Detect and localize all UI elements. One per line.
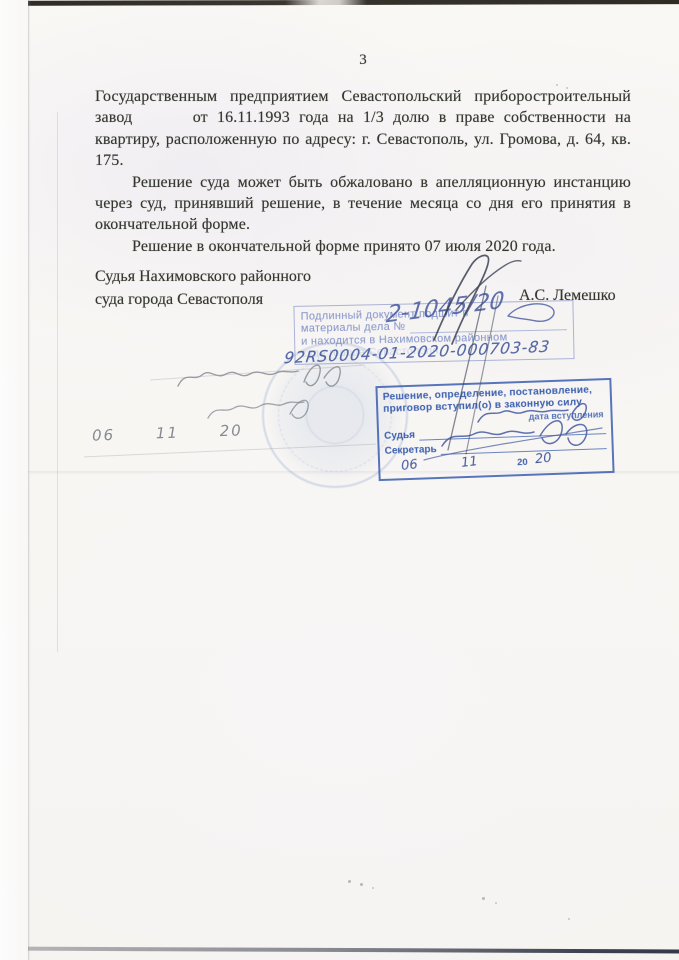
- line2-start: завод: [95, 109, 132, 126]
- speck: [556, 84, 558, 86]
- date-year: 20: [219, 421, 243, 440]
- body-text: Государственным предприятием Севастополь…: [95, 86, 631, 257]
- signoff-line1: Судья Нахимовского районного: [95, 266, 311, 289]
- date-day: 06: [92, 426, 116, 445]
- date-month: 11: [156, 424, 180, 443]
- paragraph1-line1: Государственным предприятием Севастополь…: [95, 86, 631, 107]
- speck: [568, 918, 570, 920]
- judge-signature-main: [398, 252, 528, 467]
- paragraph1-line3: квартиру, расположенную по адресу: г. Се…: [95, 129, 631, 150]
- paragraph2-line2: через суд, принявший решение, в течение …: [95, 193, 631, 214]
- paragraph1-line4: 175.: [95, 150, 631, 171]
- fold-crease-thin: [57, 112, 58, 652]
- line2-end: от 16.11.1993 года на 1/3 долю в праве с…: [193, 109, 631, 126]
- signoff-block: Судья Нахимовского районного суда города…: [95, 266, 311, 311]
- page-fold-strip: [0, 0, 28, 960]
- page-number: 3: [95, 52, 631, 69]
- speck: [372, 887, 374, 889]
- scan-top-edge: [0, 0, 679, 6]
- speck: [566, 87, 568, 89]
- fold-crease-vertical: [28, 0, 31, 960]
- speck: [482, 897, 485, 900]
- scan-bottom-edge: [0, 946, 679, 953]
- handwritten-date-left: 06 11 20: [92, 421, 243, 444]
- signoff-line2: суда города Севастополя: [95, 289, 311, 312]
- speck: [495, 902, 497, 904]
- speck: [348, 880, 351, 883]
- paragraph2-line3: окончательной форме.: [95, 214, 631, 235]
- paragraph2-line1: Решение суда может быть обжаловано в апе…: [95, 172, 631, 193]
- speck: [360, 883, 363, 886]
- paragraph1-line2: завод . . от 16.11.1993 года на 1/3 долю…: [95, 107, 631, 128]
- paragraph3: Решение в окончательной форме принято 07…: [95, 236, 631, 257]
